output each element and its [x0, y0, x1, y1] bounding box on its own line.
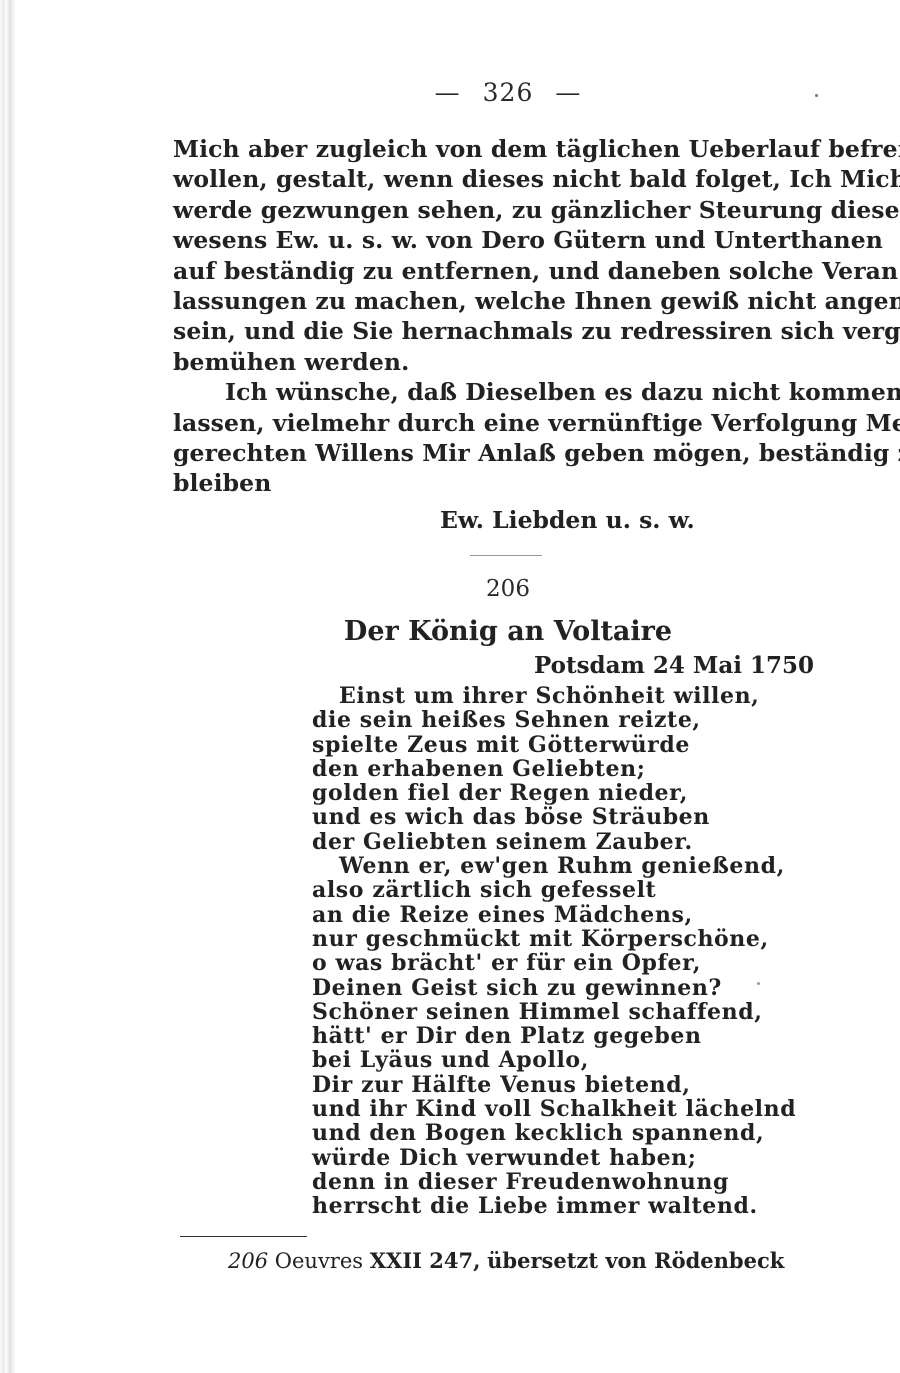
text-line: lassen, vielmehr durch eine vernünftige …: [173, 408, 840, 438]
poem-line: nur geschmückt mit Körperschöne,: [312, 927, 796, 951]
poem-line: würde Dich verwundet haben;: [312, 1146, 796, 1170]
poem-line: Einst um ihrer Schönheit willen,: [312, 684, 796, 708]
paragraph-1: Mich aber zugleich von dem täglichen Ueb…: [173, 134, 840, 377]
poem-line: spielte Zeus mit Götterwürde: [312, 733, 796, 757]
text-line: Ich wünsche, daß Dieselben es dazu nicht…: [173, 377, 840, 407]
section-divider: [470, 555, 542, 556]
poem-line: und ihr Kind voll Schalkheit lächelnd: [312, 1097, 796, 1121]
dash-left: —: [435, 78, 461, 107]
letter-closing: Ew. Liebden u. s. w.: [440, 506, 695, 534]
poem-line: Dir zur Hälfte Venus bietend,: [312, 1073, 796, 1097]
footnote: 206 Oeuvres XXII 247, übersetzt von Röde…: [228, 1248, 784, 1273]
text-line: bemühen werden.: [173, 347, 840, 377]
poem-line: hätt' er Dir den Platz gegeben: [312, 1024, 796, 1048]
poem-line: Schöner seinen Himmel schaffend,: [312, 1000, 796, 1024]
poem: Einst um ihrer Schönheit willen, die sei…: [312, 684, 796, 1219]
poem-line: den erhabenen Geliebten;: [312, 757, 796, 781]
poem-line: der Geliebten seinem Zauber.: [312, 830, 796, 854]
text-line: sein, und die Sie hernachmals zu redress…: [173, 316, 840, 346]
footnote-source: Oeuvres: [275, 1249, 363, 1273]
poem-line: und es wich das böse Sträuben: [312, 805, 796, 829]
paragraph-2: Ich wünsche, daß Dieselben es dazu nicht…: [173, 377, 840, 499]
footnote-number: 206: [228, 1249, 268, 1273]
page-number-header: —326—: [0, 78, 900, 107]
poem-line: Wenn er, ew'gen Ruhm genießend,: [312, 854, 796, 878]
letter-dateline: Potsdam 24 Mai 1750: [534, 652, 814, 679]
letter-title: Der König an Voltaire: [0, 616, 900, 647]
poem-line: und den Bogen kecklich spannend,: [312, 1121, 796, 1145]
text-line: bleiben: [173, 468, 840, 498]
poem-line: denn in dieser Freudenwohnung: [312, 1170, 796, 1194]
text-line: werde gezwungen sehen, zu gänzlicher Ste…: [173, 195, 840, 225]
poem-line: Deinen Geist sich zu gewinnen?: [312, 976, 796, 1000]
page-binding-edge: [0, 0, 16, 1373]
poem-line: an die Reize eines Mädchens,: [312, 903, 796, 927]
text-line: lassungen zu machen, welche Ihnen gewiß …: [173, 286, 840, 316]
poem-line: bei Lyäus und Apollo,: [312, 1048, 796, 1072]
text-line: wesens Ew. u. s. w. von Dero Gütern und …: [173, 225, 840, 255]
letter-continuation-text: Mich aber zugleich von dem täglichen Ueb…: [173, 134, 840, 499]
poem-line: o was brächt' er für ein Opfer,: [312, 951, 796, 975]
poem-line: also zärtlich sich gefesselt: [312, 878, 796, 902]
poem-line: herrscht die Liebe immer waltend.: [312, 1194, 796, 1218]
letter-number: 206: [0, 576, 900, 602]
page-number: 326: [483, 78, 534, 107]
poem-line: golden fiel der Regen nieder,: [312, 781, 796, 805]
footnote-note: übersetzt von Rödenbeck: [487, 1248, 784, 1273]
dash-right: —: [555, 78, 581, 107]
poem-line: die sein heißes Sehnen reizte,: [312, 708, 796, 732]
text-line: Mich aber zugleich von dem täglichen Ueb…: [173, 134, 840, 164]
text-line: auf beständig zu entfernen, und daneben …: [173, 256, 840, 286]
footnote-rule: [180, 1236, 307, 1237]
footnote-volume: XXII 247,: [370, 1248, 481, 1273]
text-line: gerechten Willens Mir Anlaß geben mögen,…: [173, 438, 840, 468]
text-line: wollen, gestalt, wenn dieses nicht bald …: [173, 164, 840, 194]
